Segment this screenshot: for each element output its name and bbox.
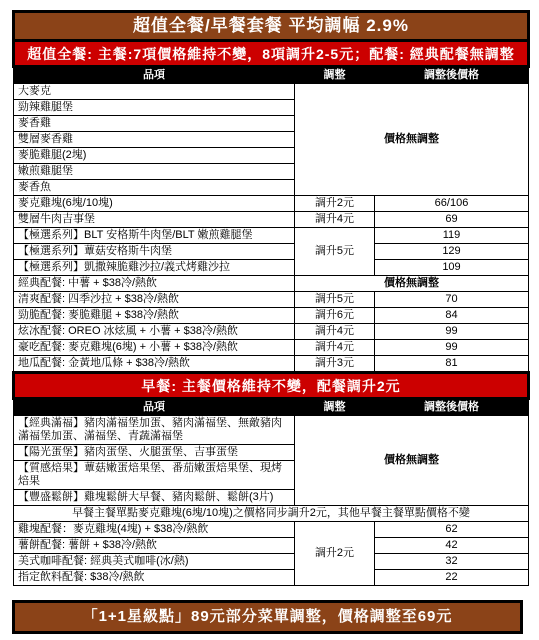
table-row: 經典配餐: 中薯 + $38冷/熱飲 價格無調整 [14, 276, 529, 292]
adjust-cell: 調升4元 [295, 212, 375, 228]
item-cell: 麥克雞塊(6塊/10塊) [14, 196, 295, 212]
table-row: 薯餅配餐: 薯餅 + $38冷/熱飲 42 [14, 538, 529, 554]
item-cell: 雙層麥香雞 [14, 132, 295, 148]
price-cell: 109 [375, 260, 529, 276]
item-cell: 勁脆配餐: 麥脆雞腿 + $38冷/熱飲 [14, 308, 295, 324]
item-cell: 麥香雞 [14, 116, 295, 132]
table-row: 【極選系列】凱撒辣脆雞沙拉/義式烤雞沙拉 109 [14, 260, 529, 276]
column-header-price: 調整後價格 [375, 67, 529, 84]
item-cell: 【經典滿福】豬肉滿福堡加蛋、豬肉滿福堡、無敵豬肉滿福堡加蛋、滿福堡、青蔬滿福堡 [14, 416, 295, 445]
table-row: 勁脆配餐: 麥脆雞腿 + $38冷/熱飲 調升6元 84 [14, 308, 529, 324]
column-header-row: 品項 調整 調整後價格 [14, 67, 529, 84]
breakfast-banner: 早餐: 主餐價格維持不變，配餐調升2元 [14, 373, 529, 399]
adjust-cell: 調升4元 [295, 340, 375, 356]
item-cell: 【豐盛鬆餅】雞塊鬆餅大早餐、豬肉鬆餅、鬆餅(3片) [14, 490, 295, 506]
table-row: 麥克雞塊(6塊/10塊) 調升2元 66/106 [14, 196, 529, 212]
column-header-row: 品項 調整 調整後價格 [14, 399, 529, 416]
table-row: 【極選系列】蕈菇安格斯牛肉堡 129 [14, 244, 529, 260]
column-header-item: 品項 [14, 399, 295, 416]
price-cell: 62 [375, 522, 529, 538]
item-cell: 【極選系列】凱撒辣脆雞沙拉/義式烤雞沙拉 [14, 260, 295, 276]
item-cell: 雞塊配餐：麥克雞塊(4塊) + $38冷/熱飲 [14, 522, 295, 538]
table-row: 美式咖啡配餐: 經典美式咖啡(冰/熱) 32 [14, 554, 529, 570]
table-row: 清爽配餐: 四季沙拉 + $38冷/熱飲 調升5元 70 [14, 292, 529, 308]
price-cell: 69 [375, 212, 529, 228]
table-row: 【極選系列】BLT 安格斯牛肉堡/BLT 嫩煎雞腿堡 調升5元 119 [14, 228, 529, 244]
column-header-item: 品項 [14, 67, 295, 84]
item-cell: 地瓜配餐: 金黃地瓜條 + $38冷/熱飲 [14, 356, 295, 373]
item-cell: 麥香魚 [14, 180, 295, 196]
adjust-cell: 調升3元 [295, 356, 375, 373]
price-cell: 129 [375, 244, 529, 260]
adjust-cell: 調升5元 [295, 228, 375, 276]
price-cell: 99 [375, 340, 529, 356]
item-cell: 炫冰配餐: OREO 冰炫風 + 小薯 + $38冷/熱飲 [14, 324, 295, 340]
adjust-cell: 調升6元 [295, 308, 375, 324]
item-cell: 清爽配餐: 四季沙拉 + $38冷/熱飲 [14, 292, 295, 308]
price-notice: 超值全餐/早餐套餐 平均調幅 2.9% 超值全餐: 主餐:7項價格維持不變，8項… [0, 0, 539, 634]
adjust-cell: 調升4元 [295, 324, 375, 340]
item-cell: 嫩煎雞腿堡 [14, 164, 295, 180]
price-cell: 32 [375, 554, 529, 570]
item-cell: 大麥克 [14, 84, 295, 100]
price-cell: 99 [375, 324, 529, 340]
price-cell: 81 [375, 356, 529, 373]
adjust-cell: 調升2元 [295, 522, 375, 586]
table-row: 指定飲料配餐: $38冷/熱飲 22 [14, 570, 529, 586]
breakfast-banner-row: 早餐: 主餐價格維持不變，配餐調升2元 [14, 373, 529, 399]
item-cell: 【極選系列】BLT 安格斯牛肉堡/BLT 嫩煎雞腿堡 [14, 228, 295, 244]
price-cell: 84 [375, 308, 529, 324]
title-banner-row: 超值全餐/早餐套餐 平均調幅 2.9% [14, 12, 529, 41]
no-change-cell: 價格無調整 [295, 84, 529, 196]
adjust-cell: 調升5元 [295, 292, 375, 308]
adjust-cell: 調升2元 [295, 196, 375, 212]
item-cell: 【極選系列】蕈菇安格斯牛肉堡 [14, 244, 295, 260]
table-row: 雙層牛肉吉事堡 調升4元 69 [14, 212, 529, 228]
breakfast-note: 早餐主餐單點麥克雞塊(6塊/10塊)之價格同步調升2元，其他早餐主餐單點價格不變 [14, 506, 529, 522]
item-cell: 麥脆雞腿(2塊) [14, 148, 295, 164]
table-row: 豪吃配餐: 麥克雞塊(6塊) + 小薯 + $38冷/熱飲 調升4元 99 [14, 340, 529, 356]
price-cell: 70 [375, 292, 529, 308]
price-cell: 119 [375, 228, 529, 244]
item-cell: 勁辣雞腿堡 [14, 100, 295, 116]
no-change-cell: 價格無調整 [295, 276, 529, 292]
no-change-cell: 價格無調整 [295, 416, 529, 506]
note-row: 早餐主餐單點麥克雞塊(6塊/10塊)之價格同步調升2元，其他早餐主餐單點價格不變 [14, 506, 529, 522]
price-cell: 22 [375, 570, 529, 586]
item-cell: 雙層牛肉吉事堡 [14, 212, 295, 228]
table-row: 地瓜配餐: 金黃地瓜條 + $38冷/熱飲 調升3元 81 [14, 356, 529, 373]
page-title: 超值全餐/早餐套餐 平均調幅 2.9% [14, 12, 529, 41]
item-cell: 指定飲料配餐: $38冷/熱飲 [14, 570, 295, 586]
column-header-adjust: 調整 [295, 67, 375, 84]
lunch-banner-row: 超值全餐: 主餐:7項價格維持不變，8項調升2-5元；配餐: 經典配餐無調整 [14, 41, 529, 67]
price-cell: 66/106 [375, 196, 529, 212]
price-table: 超值全餐/早餐套餐 平均調幅 2.9% 超值全餐: 主餐:7項價格維持不變，8項… [12, 10, 530, 586]
item-cell: 【陽光蛋堡】豬肉蛋堡、火腿蛋堡、吉事蛋堡 [14, 445, 295, 461]
table-row: 大麥克 價格無調整 [14, 84, 529, 100]
table-row: 炫冰配餐: OREO 冰炫風 + 小薯 + $38冷/熱飲 調升4元 99 [14, 324, 529, 340]
lunch-banner: 超值全餐: 主餐:7項價格維持不變，8項調升2-5元；配餐: 經典配餐無調整 [14, 41, 529, 67]
item-cell: 美式咖啡配餐: 經典美式咖啡(冰/熱) [14, 554, 295, 570]
item-cell: 【質感焙果】蕈菇嫩蛋焙果堡、番茄嫩蛋焙果堡、現烤焙果 [14, 461, 295, 490]
item-cell: 豪吃配餐: 麥克雞塊(6塊) + 小薯 + $38冷/熱飲 [14, 340, 295, 356]
column-header-adjust: 調整 [295, 399, 375, 416]
table-row: 【經典滿福】豬肉滿福堡加蛋、豬肉滿福堡、無敵豬肉滿福堡加蛋、滿福堡、青蔬滿福堡 … [14, 416, 529, 445]
price-cell: 42 [375, 538, 529, 554]
column-header-price: 調整後價格 [375, 399, 529, 416]
item-cell: 薯餅配餐: 薯餅 + $38冷/熱飲 [14, 538, 295, 554]
footer-banner: 「1+1星級點」89元部分菜單調整，價格調整至69元 [12, 600, 523, 634]
item-cell: 經典配餐: 中薯 + $38冷/熱飲 [14, 276, 295, 292]
table-row: 雞塊配餐：麥克雞塊(4塊) + $38冷/熱飲 調升2元 62 [14, 522, 529, 538]
